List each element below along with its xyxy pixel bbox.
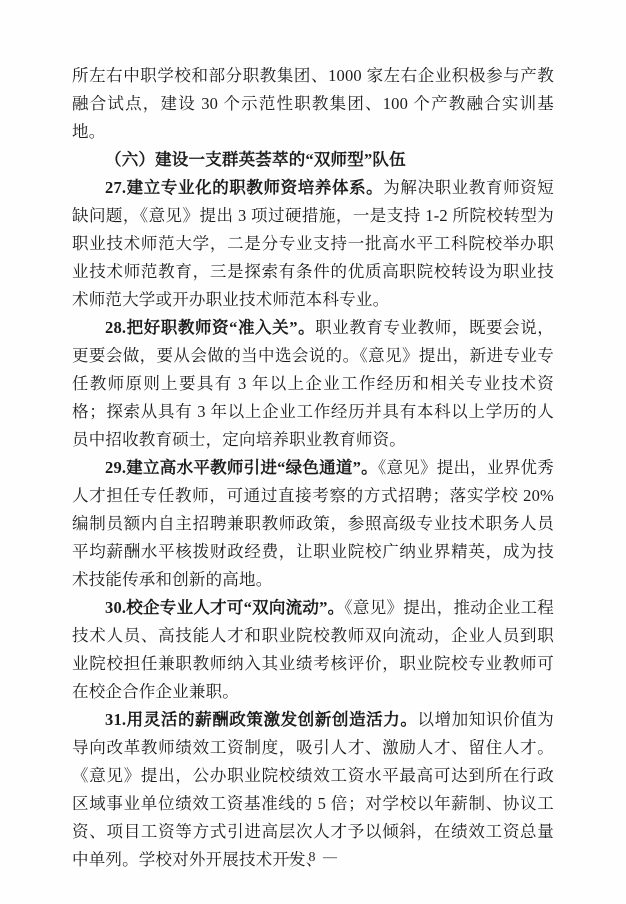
document-page: 所左右中职学校和部分职教集团、1000 家左右企业积极参与产教融合试点，建设 3… xyxy=(0,0,626,904)
page-footer: — 8 — xyxy=(0,850,626,866)
policy-item-28: 28.把好职教师资“准入关”。职业教育专业教师，既要会说，更要会做，要从会做的当… xyxy=(72,314,554,454)
policy-item-31: 31.用灵活的薪酬政策激发创新创造活力。以增加知识价值为导向改革教师绩效工资制度… xyxy=(72,706,554,874)
item-lead: 29.建立高水平教师引进“绿色通道”。 xyxy=(105,458,378,477)
item-body: 以增加知识价值为导向改革教师绩效工资制度，吸引人才、激励人才、留住人才。《意见》… xyxy=(72,710,554,869)
page-number: — 8 — xyxy=(287,850,339,865)
section-heading: （六）建设一支群英荟萃的“双师型”队伍 xyxy=(72,146,554,174)
item-body: 为解决职业教育师资短缺问题，《意见》提出 3 项过硬措施，一是支持 1-2 所院… xyxy=(72,178,554,309)
policy-item-30: 30.校企专业人才可“双向流动”。《意见》提出，推动企业工程技术人员、高技能人才… xyxy=(72,594,554,706)
section-heading-text: （六）建设一支群英荟萃的“双师型”队伍 xyxy=(105,150,406,169)
item-body: 职业教育专业教师，既要会说，更要会做，要从会做的当中选会说的。《意见》提出，新进… xyxy=(72,318,554,449)
item-body: 《意见》提出，业界优秀人才担任专任教师，可通过直接考察的方式招聘；落实学校 20… xyxy=(72,458,554,589)
item-lead: 27.建立专业化的职教师资培养体系。 xyxy=(105,178,383,197)
document-body: 所左右中职学校和部分职教集团、1000 家左右企业积极参与产教融合试点，建设 3… xyxy=(72,62,554,874)
policy-item-29: 29.建立高水平教师引进“绿色通道”。《意见》提出，业界优秀人才担任专任教师，可… xyxy=(72,454,554,594)
policy-item-27: 27.建立专业化的职教师资培养体系。为解决职业教育师资短缺问题，《意见》提出 3… xyxy=(72,174,554,314)
item-lead: 30.校企专业人才可“双向流动”。 xyxy=(105,598,344,617)
paragraph-continuation-text: 所左右中职学校和部分职教集团、1000 家左右企业积极参与产教融合试点，建设 3… xyxy=(72,66,554,141)
item-lead: 31.用灵活的薪酬政策激发创新创造活力。 xyxy=(105,710,418,729)
paragraph-continuation: 所左右中职学校和部分职教集团、1000 家左右企业积极参与产教融合试点，建设 3… xyxy=(72,62,554,146)
item-lead: 28.把好职教师资“准入关”。 xyxy=(105,318,315,337)
